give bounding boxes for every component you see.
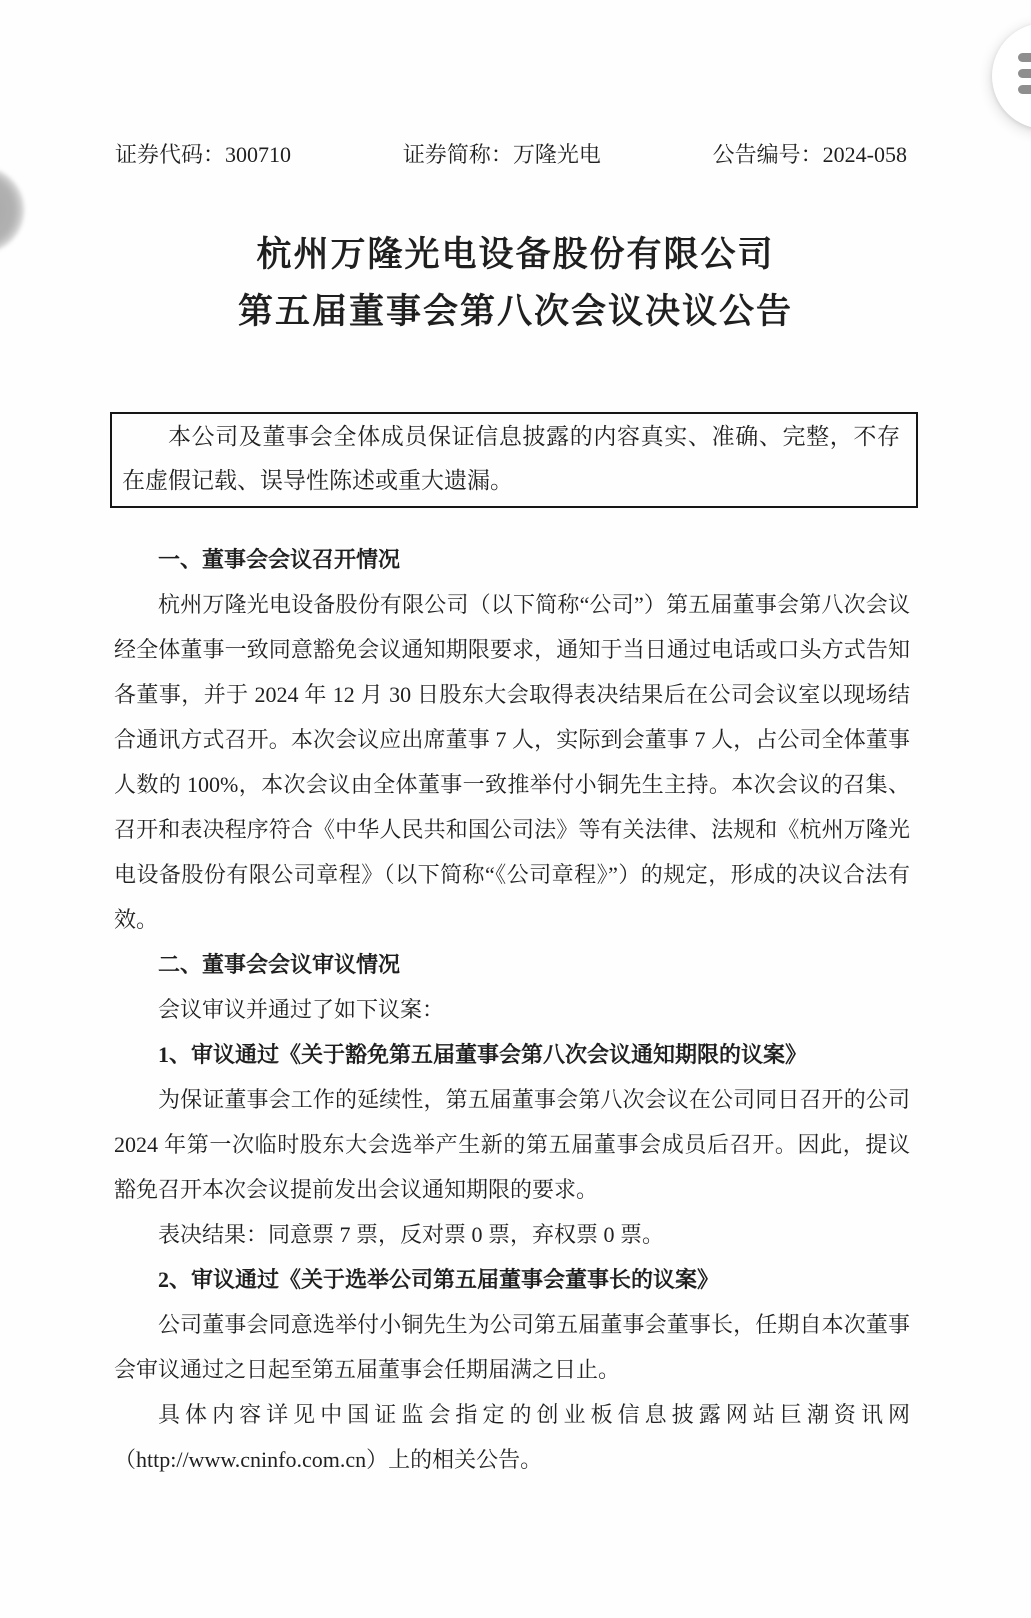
document-title-line2: 第五届董事会第八次会议决议公告 <box>0 283 1031 340</box>
hamburger-menu-icon <box>1018 53 1031 62</box>
disclaimer-text: 本公司及董事会全体成员保证信息披露的内容真实、准确、完整，不存在虚假记载、误导性… <box>122 415 900 503</box>
item1-vote-result: 表决结果：同意票 7 票，反对票 0 票，弃权票 0 票。 <box>114 1212 910 1257</box>
announcement-page: 证券代码：300710 证券简称：万隆光电 公告编号：2024-058 杭州万隆… <box>0 0 1031 1618</box>
section2-heading: 二、董事会会议审议情况 <box>114 942 910 987</box>
item1-paragraph: 为保证董事会工作的延续性，第五届董事会第八次会议在公司同日召开的公司 2024 … <box>114 1077 910 1212</box>
floating-menu-button[interactable] <box>992 23 1031 129</box>
document-meta-row: 证券代码：300710 证券简称：万隆光电 公告编号：2024-058 <box>115 139 907 171</box>
item2-paragraph: 公司董事会同意选举付小铜先生为公司第五届董事会董事长，任期自本次董事会审议通过之… <box>114 1302 910 1392</box>
document-title: 杭州万隆光电设备股份有限公司 第五届董事会第八次会议决议公告 <box>0 226 1031 340</box>
section1-heading: 一、董事会会议召开情况 <box>114 537 910 582</box>
item2-note: 具体内容详见中国证监会指定的创业板信息披露网站巨潮资讯网（http://www.… <box>114 1392 910 1482</box>
document-body: 一、董事会会议召开情况 杭州万隆光电设备股份有限公司（以下简称“公司”）第五届董… <box>114 537 910 1482</box>
announcement-number-text: 公告编号：2024-058 <box>713 139 907 171</box>
disclaimer-box: 本公司及董事会全体成员保证信息披露的内容真实、准确、完整，不存在虚假记载、误导性… <box>110 412 918 508</box>
hamburger-menu-icon <box>1018 69 1031 78</box>
hamburger-menu-icon <box>1018 85 1031 94</box>
stock-short-name-text: 证券简称：万隆光电 <box>403 139 601 171</box>
stock-code-text: 证券代码：300710 <box>115 139 291 171</box>
item1-heading: 1、审议通过《关于豁免第五届董事会第八次会议通知期限的议案》 <box>114 1032 910 1077</box>
document-title-line1: 杭州万隆光电设备股份有限公司 <box>0 226 1031 283</box>
item2-heading: 2、审议通过《关于选举公司第五届董事会董事长的议案》 <box>114 1257 910 1302</box>
section1-paragraph: 杭州万隆光电设备股份有限公司（以下简称“公司”）第五届董事会第八次会议经全体董事… <box>114 582 910 942</box>
section2-intro: 会议审议并通过了如下议案： <box>114 987 910 1032</box>
